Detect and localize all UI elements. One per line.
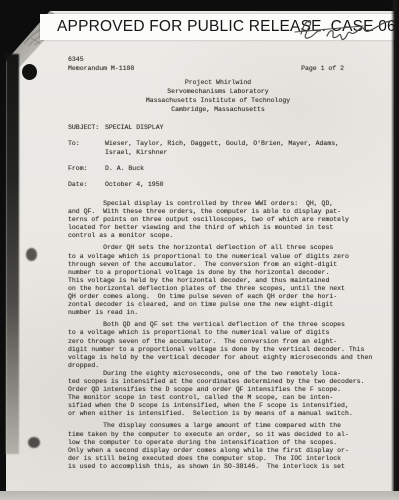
from-value: D. A. Buck bbox=[105, 164, 144, 173]
scan-edge-left bbox=[6, 54, 19, 454]
hole-punch bbox=[22, 64, 37, 80]
scan-edge-right bbox=[391, 0, 399, 500]
paragraph: Both QD and QF set the vertical deflecti… bbox=[68, 321, 368, 370]
memo-body: Special display is controlled by three W… bbox=[68, 200, 368, 471]
memo-meta: SUBJECT: SPECIAL DISPLAY To: Wieser, Tay… bbox=[68, 123, 368, 189]
date-value: October 4, 1950 bbox=[105, 180, 164, 189]
subject-value: SPECIAL DISPLAY bbox=[105, 123, 164, 132]
paragraph: Special display is controlled by three W… bbox=[68, 200, 368, 240]
institution-name: Massachusetts Institute of Technology bbox=[68, 96, 368, 105]
organization-block: Project Whirlwind Servomechanisms Labora… bbox=[68, 78, 368, 114]
date-row: Date: October 4, 1950 bbox=[68, 180, 368, 189]
from-label: From: bbox=[68, 164, 105, 173]
subject-label: SUBJECT: bbox=[68, 123, 105, 132]
scanned-document: APPROVED FOR PUBLIC RELEASE. CASE 06-110… bbox=[0, 0, 399, 500]
approval-banner: APPROVED FOR PUBLIC RELEASE. CASE 06-110… bbox=[40, 14, 399, 40]
to-value: Wieser, Taylor, Rich, Daggett, Gould, O'… bbox=[105, 139, 339, 157]
date-label: Date: bbox=[68, 180, 105, 189]
project-name: Project Whirlwind bbox=[68, 78, 368, 87]
memo-content: 6345 Memorandum M-1108 Page 1 of 2 Proje… bbox=[68, 55, 368, 475]
to-row: To: Wieser, Taylor, Rich, Daggett, Gould… bbox=[68, 139, 368, 157]
approval-banner-text: APPROVED FOR PUBLIC RELEASE. CASE 06-110… bbox=[40, 18, 399, 36]
memo-header: 6345 Memorandum M-1108 Page 1 of 2 bbox=[68, 55, 368, 73]
memo-number: Memorandum M-1108 bbox=[68, 64, 134, 73]
laboratory-name: Servomechanisms Laboratory bbox=[68, 87, 368, 96]
hole-punch bbox=[26, 248, 37, 261]
paragraph: Order QH sets the horizontal deflection … bbox=[68, 244, 368, 317]
paragraph: The display consumes a large amount of t… bbox=[68, 422, 368, 471]
subject-row: SUBJECT: SPECIAL DISPLAY bbox=[68, 123, 368, 132]
page-indicator: Page 1 of 2 bbox=[301, 64, 344, 73]
from-row: From: D. A. Buck bbox=[68, 164, 368, 173]
to-label: To: bbox=[68, 139, 105, 157]
hole-punch bbox=[28, 437, 40, 448]
memo-id-block: 6345 Memorandum M-1108 bbox=[68, 55, 134, 73]
institution-city: Cambridge, Massachusetts bbox=[68, 105, 368, 114]
file-number: 6345 bbox=[68, 55, 134, 64]
paragraph: During the eighty microseconds, one of t… bbox=[68, 370, 368, 419]
scan-edge-bottom bbox=[0, 491, 399, 500]
